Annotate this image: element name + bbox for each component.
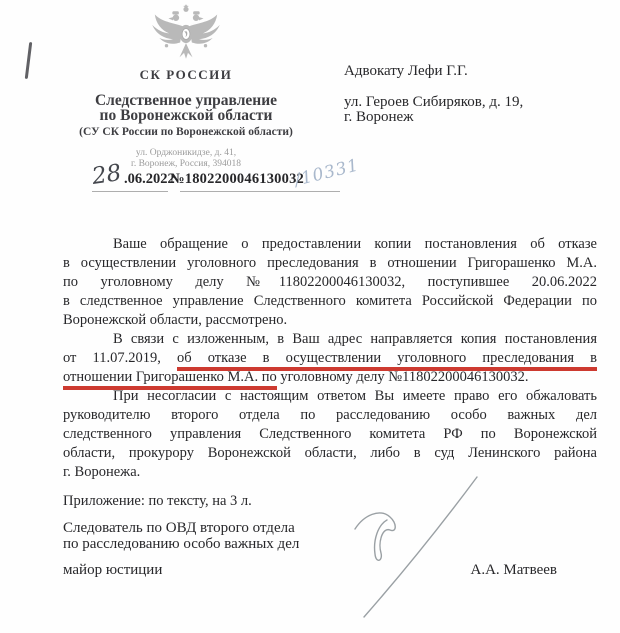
body-paragraphs: Ваше обращение о предоставлении копии по… (63, 235, 597, 482)
body-line: Ваше обращение о предоставлении копии по… (63, 235, 597, 254)
body-text: в осуществлении уголовного преследования… (63, 255, 597, 271)
paragraph: При несогласии с настоящим ответом Вы им… (63, 387, 597, 482)
body-line: в осуществлении уголовного преследования… (63, 254, 597, 273)
russia-coat-of-arms-icon (147, 4, 225, 64)
body-text: от 11.07.2019, (63, 350, 177, 366)
body-text: области, прокурору Воронежской области, … (63, 445, 597, 461)
body-line: по уголовному делу №11802200046130032, п… (63, 273, 597, 292)
signer-position: Следователь по ОВД второго отдела по рас… (63, 521, 597, 552)
body-text: В связи с изложенным, в Ваш адрес направ… (113, 331, 597, 347)
printed-date: .06.2022 (124, 171, 175, 188)
body-text: по уголовному делу №11802200046130032, п… (63, 274, 597, 290)
body-text: Воронежской области, рассмотрено. (63, 312, 287, 328)
letterhead: СК РОССИИ Следственное управление по Вор… (64, 4, 308, 170)
recipient-address-line1: ул. Героев Сибиряков, д. 19, (344, 95, 523, 110)
document-page: СК РОССИИ Следственное управление по Вор… (0, 0, 620, 633)
body-text: руководителю второго отдела по расследов… (63, 407, 597, 423)
body-text: уголовному делу №11802200046130032. (277, 369, 529, 385)
rank-and-name-row: майор юстиции А.А. Матвеев (63, 561, 597, 580)
body-line: следственного управления Следственного к… (63, 425, 597, 444)
paragraph: Ваше обращение о предоставлении копии по… (63, 235, 597, 330)
body-text: г. Воронежа. (63, 464, 140, 480)
org-name: Следственное управление по Воронежской о… (64, 94, 308, 123)
pen-mark-artifact (25, 42, 32, 79)
body-line: г. Воронежа. (63, 463, 597, 482)
handwritten-day: 28 (90, 160, 123, 190)
letter-body: Ваше обращение о предоставлении копии по… (63, 235, 597, 580)
org-abbreviation: СК РОССИИ (64, 67, 308, 83)
form-underline (92, 191, 168, 192)
body-text: Ваше обращение о предоставлении копии по… (113, 236, 597, 252)
body-line: в следственное управление Следственного … (63, 292, 597, 311)
signer-position-line1: Следователь по ОВД второго отдела (63, 521, 597, 537)
recipient-address-line2: г. Воронеж (344, 110, 523, 125)
body-text: следственного управления Следственного к… (63, 426, 597, 442)
form-underline (180, 191, 340, 192)
org-address-line1: ул. Орджоникидзе, д. 41, (64, 148, 308, 159)
body-line: При несогласии с настоящим ответом Вы им… (63, 387, 597, 406)
signer-rank: майор юстиции (63, 561, 162, 580)
body-text: При несогласии с настоящим ответом Вы им… (113, 388, 597, 404)
body-line: Воронежской области, рассмотрено. (63, 311, 597, 330)
body-line: руководителю второго отдела по расследов… (63, 406, 597, 425)
body-line: от 11.07.2019, об отказе в осуществлении… (63, 349, 597, 368)
recipient-name: Адвокату Лефи Г.Г. (344, 64, 523, 79)
org-name-line2: по Воронежской области (64, 109, 308, 124)
signer-position-line2: по расследованию особо важных дел (63, 537, 597, 553)
body-line: области, прокурору Воронежской области, … (63, 444, 597, 463)
paragraph: В связи с изложенным, в Ваш адрес направ… (63, 330, 597, 387)
outgoing-number: №1802200046130032 (170, 171, 304, 188)
recipient-block: Адвокату Лефи Г.Г. ул. Героев Сибиряков,… (344, 64, 523, 125)
date-and-number-line: 28 .06.2022 №1802200046130032 /10331 (90, 162, 430, 198)
attachment-line: Приложение: по тексту, на 3 л. (63, 492, 597, 511)
handwritten-signature-icon (335, 450, 500, 633)
body-line: В связи с изложенным, в Ваш адрес направ… (63, 330, 597, 349)
body-text: в следственное управление Следственного … (63, 293, 597, 309)
body-line: отношении Григорашенко М.А. по уголовном… (63, 368, 597, 387)
org-name-parenthetical: (СУ СК России по Воронежской области) (64, 126, 308, 138)
